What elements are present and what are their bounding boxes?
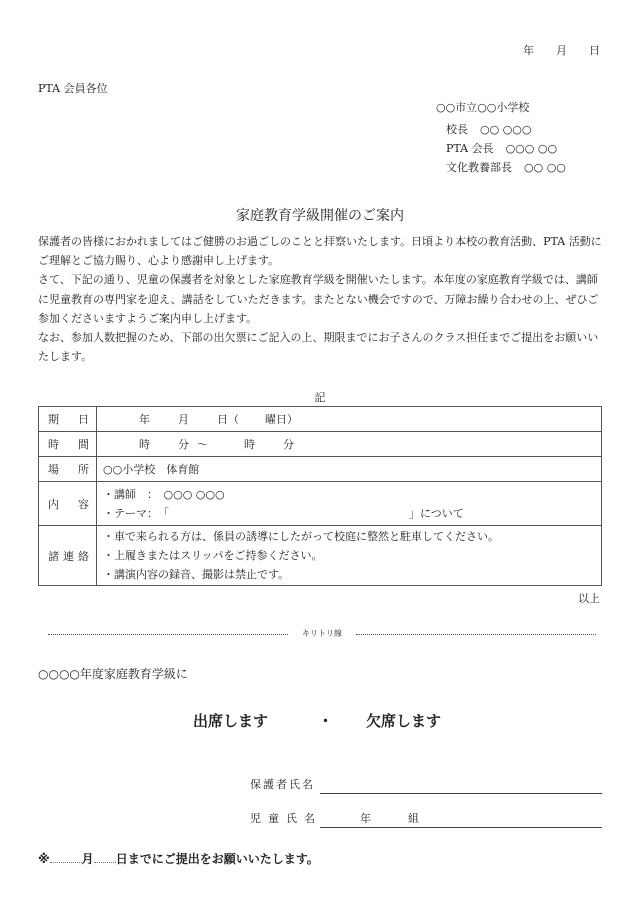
cut-dots-right [356,634,596,635]
addressee: PTA 会員各位 [38,80,108,96]
cut-line-label: キリトリ線 [288,628,356,639]
deadline-month: 月 [82,852,94,866]
attend-separator: ・ [318,710,333,731]
time-hour: 時 [244,436,255,452]
date-line: 年月日 [523,42,600,58]
table-row-place: 場 所 ○○小学校 体育館 [39,457,602,482]
guardian-name-label: 保護者氏名 [250,776,315,792]
row-label: 時 間 [39,432,97,457]
time-hour: 時 [139,436,150,452]
theme-line: ・テーマ： 「」について [103,504,595,523]
class-label: 組 [408,810,419,826]
reply-year-line: ○○○○年度家庭教育学級に [38,665,188,682]
grade-label: 年 [360,810,371,826]
lecturer-line: ・講師 ： ○○○ ○○○ [103,485,595,504]
ki-heading: 記 [0,389,640,405]
document-title: 家庭教育学級開催のご案内 [0,205,640,225]
cut-line: キリトリ線 [48,628,596,639]
theme-close: 」について [409,507,464,520]
row-label: 期 日 [39,407,97,432]
absent-option[interactable]: 欠席します [366,710,441,731]
row-label: 場 所 [39,457,97,482]
body-paragraph: さて、下記の通り、児童の保護者を対象とした家庭教育学級を開催いたします。本年度の… [38,270,606,328]
sender-role: 校長 [446,123,468,136]
note-item: ・上履きまたはスリッパをご持参ください。 [103,546,595,565]
attend-option[interactable]: 出席します [193,710,268,731]
ijo-closing: 以上 [578,590,600,606]
sender-culture-head: 文化教養部長○○ ○○ [446,159,566,175]
theme-open: ・テーマ： 「 [103,507,169,520]
sender-role: PTA 会長 [446,142,494,155]
deadline-day-blank[interactable] [94,862,116,863]
table-row-date: 期 日 年月日（曜日） [39,407,602,432]
child-name-label: 児童氏名 [250,810,322,826]
date-month: 月 [178,411,189,427]
note-item: ・講演内容の録音、撮影は禁止です。 [103,565,595,584]
sender-role: ○○市立○○小学校 [436,101,529,114]
sender-principal: 校長○○ ○○○ [446,121,532,137]
notes-value: ・車で来られる方は、係員の誘導にしたがって校庭に整然と駐車してください。 ・上履… [97,526,602,586]
guardian-name-field[interactable] [320,793,602,794]
date-day: 日 [589,42,600,58]
table-row-time: 時 間 時分～時分 [39,432,602,457]
note-item: ・車で来られる方は、係員の誘導にしたがって校庭に整然と駐車してください。 [103,527,595,546]
body-paragraph: 保護者の皆様におかれましてはご健勝のお過ごしのことと拝察いたします。日頃より本校… [38,232,606,270]
date-value: 年月日（曜日） [97,407,602,432]
date-year: 年 [139,411,150,427]
time-minute: 分 [178,436,189,452]
deadline-month-blank[interactable] [50,862,82,863]
deadline-note: ※月日までにご提出をお願いいたします。 [38,850,319,867]
details-table: 期 日 年月日（曜日） 時 間 時分～時分 場 所 ○○小学校 体育館 内 容 … [38,406,602,586]
sender-name: ○○ ○○○ [480,123,532,136]
row-label: 内 容 [39,482,97,526]
table-row-notes: 諸連絡 ・車で来られる方は、係員の誘導にしたがって校庭に整然と駐車してください。… [39,526,602,586]
time-tilde: ～ [197,436,208,452]
body-paragraph: なお、参加人数把握のため、下部の出欠票にご記入の上、期限までにお子さんのクラス担… [38,328,606,366]
date-year: 年 [523,42,534,58]
sender-role: 文化教養部長 [446,161,512,174]
date-month: 月 [556,42,567,58]
sender-pta-president: PTA 会長○○○ ○○ [446,140,557,156]
sender-name: ○○ ○○ [524,161,566,174]
time-minute: 分 [283,436,294,452]
table-row-content: 内 容 ・講師 ： ○○○ ○○○ ・テーマ： 「」について [39,482,602,526]
sender-school: ○○市立○○小学校 [436,99,529,115]
time-value: 時分～時分 [97,432,602,457]
body-text: 保護者の皆様におかれましてはご健勝のお過ごしのことと拝察いたします。日頃より本校… [38,232,606,366]
cut-dots-left [48,634,288,635]
deadline-rest: 日までにご提出をお願いいたします。 [116,852,319,866]
place-value: ○○小学校 体育館 [97,457,602,482]
date-day: 日（ [217,411,239,427]
date-weekday: 曜日） [265,411,298,427]
row-label: 諸連絡 [39,526,97,586]
sender-name: ○○○ ○○ [506,142,558,155]
content-value: ・講師 ： ○○○ ○○○ ・テーマ： 「」について [97,482,602,526]
child-name-field[interactable] [320,827,602,828]
note-mark: ※ [38,852,50,866]
